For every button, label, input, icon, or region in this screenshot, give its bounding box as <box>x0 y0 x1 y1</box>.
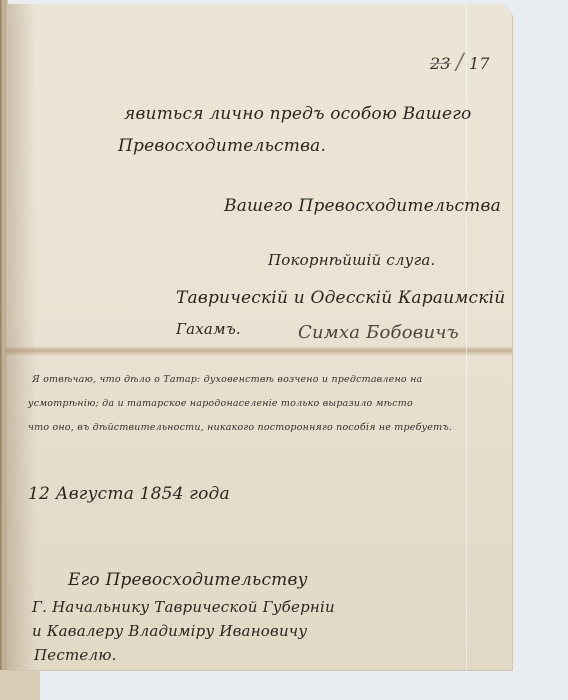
folio-struck-number: 23 <box>430 54 451 73</box>
closing-formula: Покорнѣйшій слуга. <box>268 251 435 269</box>
body-line-2: Превосходительства. <box>118 136 326 156</box>
document-page: 23 / 17 явиться лично предъ особою Вашег… <box>6 4 512 670</box>
addressee-line-2: Г. Начальнику Таврической Губерніи <box>32 598 335 616</box>
signature: Симха Бобовичъ <box>298 322 459 343</box>
addressee-line-3: и Кавалеру Владиміру Ивановичу <box>32 622 307 640</box>
date: 12 Августа 1854 года <box>28 484 230 504</box>
fold-stain <box>6 346 512 356</box>
body-line-1: явиться лично предъ особою Вашего <box>124 104 471 124</box>
addressee-line-1: Его Превосходительству <box>68 570 308 590</box>
underlying-page-corner <box>0 670 40 700</box>
folio-current-number: 17 <box>469 54 490 73</box>
folio-separator: / <box>456 50 464 75</box>
signatory-title-line-1: Таврическій и Одесскій Караимскій <box>176 288 505 308</box>
addressee-line-4: Пестелю. <box>34 646 117 664</box>
closing-address: Вашего Превосходительства <box>224 196 501 216</box>
signatory-title-line-2: Гахамъ. <box>176 320 241 338</box>
note-line-3: что оно, въ дѣйствительности, никакого п… <box>28 422 452 433</box>
note-line-1: Я отвѣчаю, что дѣло о Татар: духовенствѣ… <box>32 374 422 385</box>
note-line-2: усмотрѣнію; да и татарское народонаселен… <box>28 398 413 409</box>
folio-number: 23 / 17 <box>430 50 490 75</box>
